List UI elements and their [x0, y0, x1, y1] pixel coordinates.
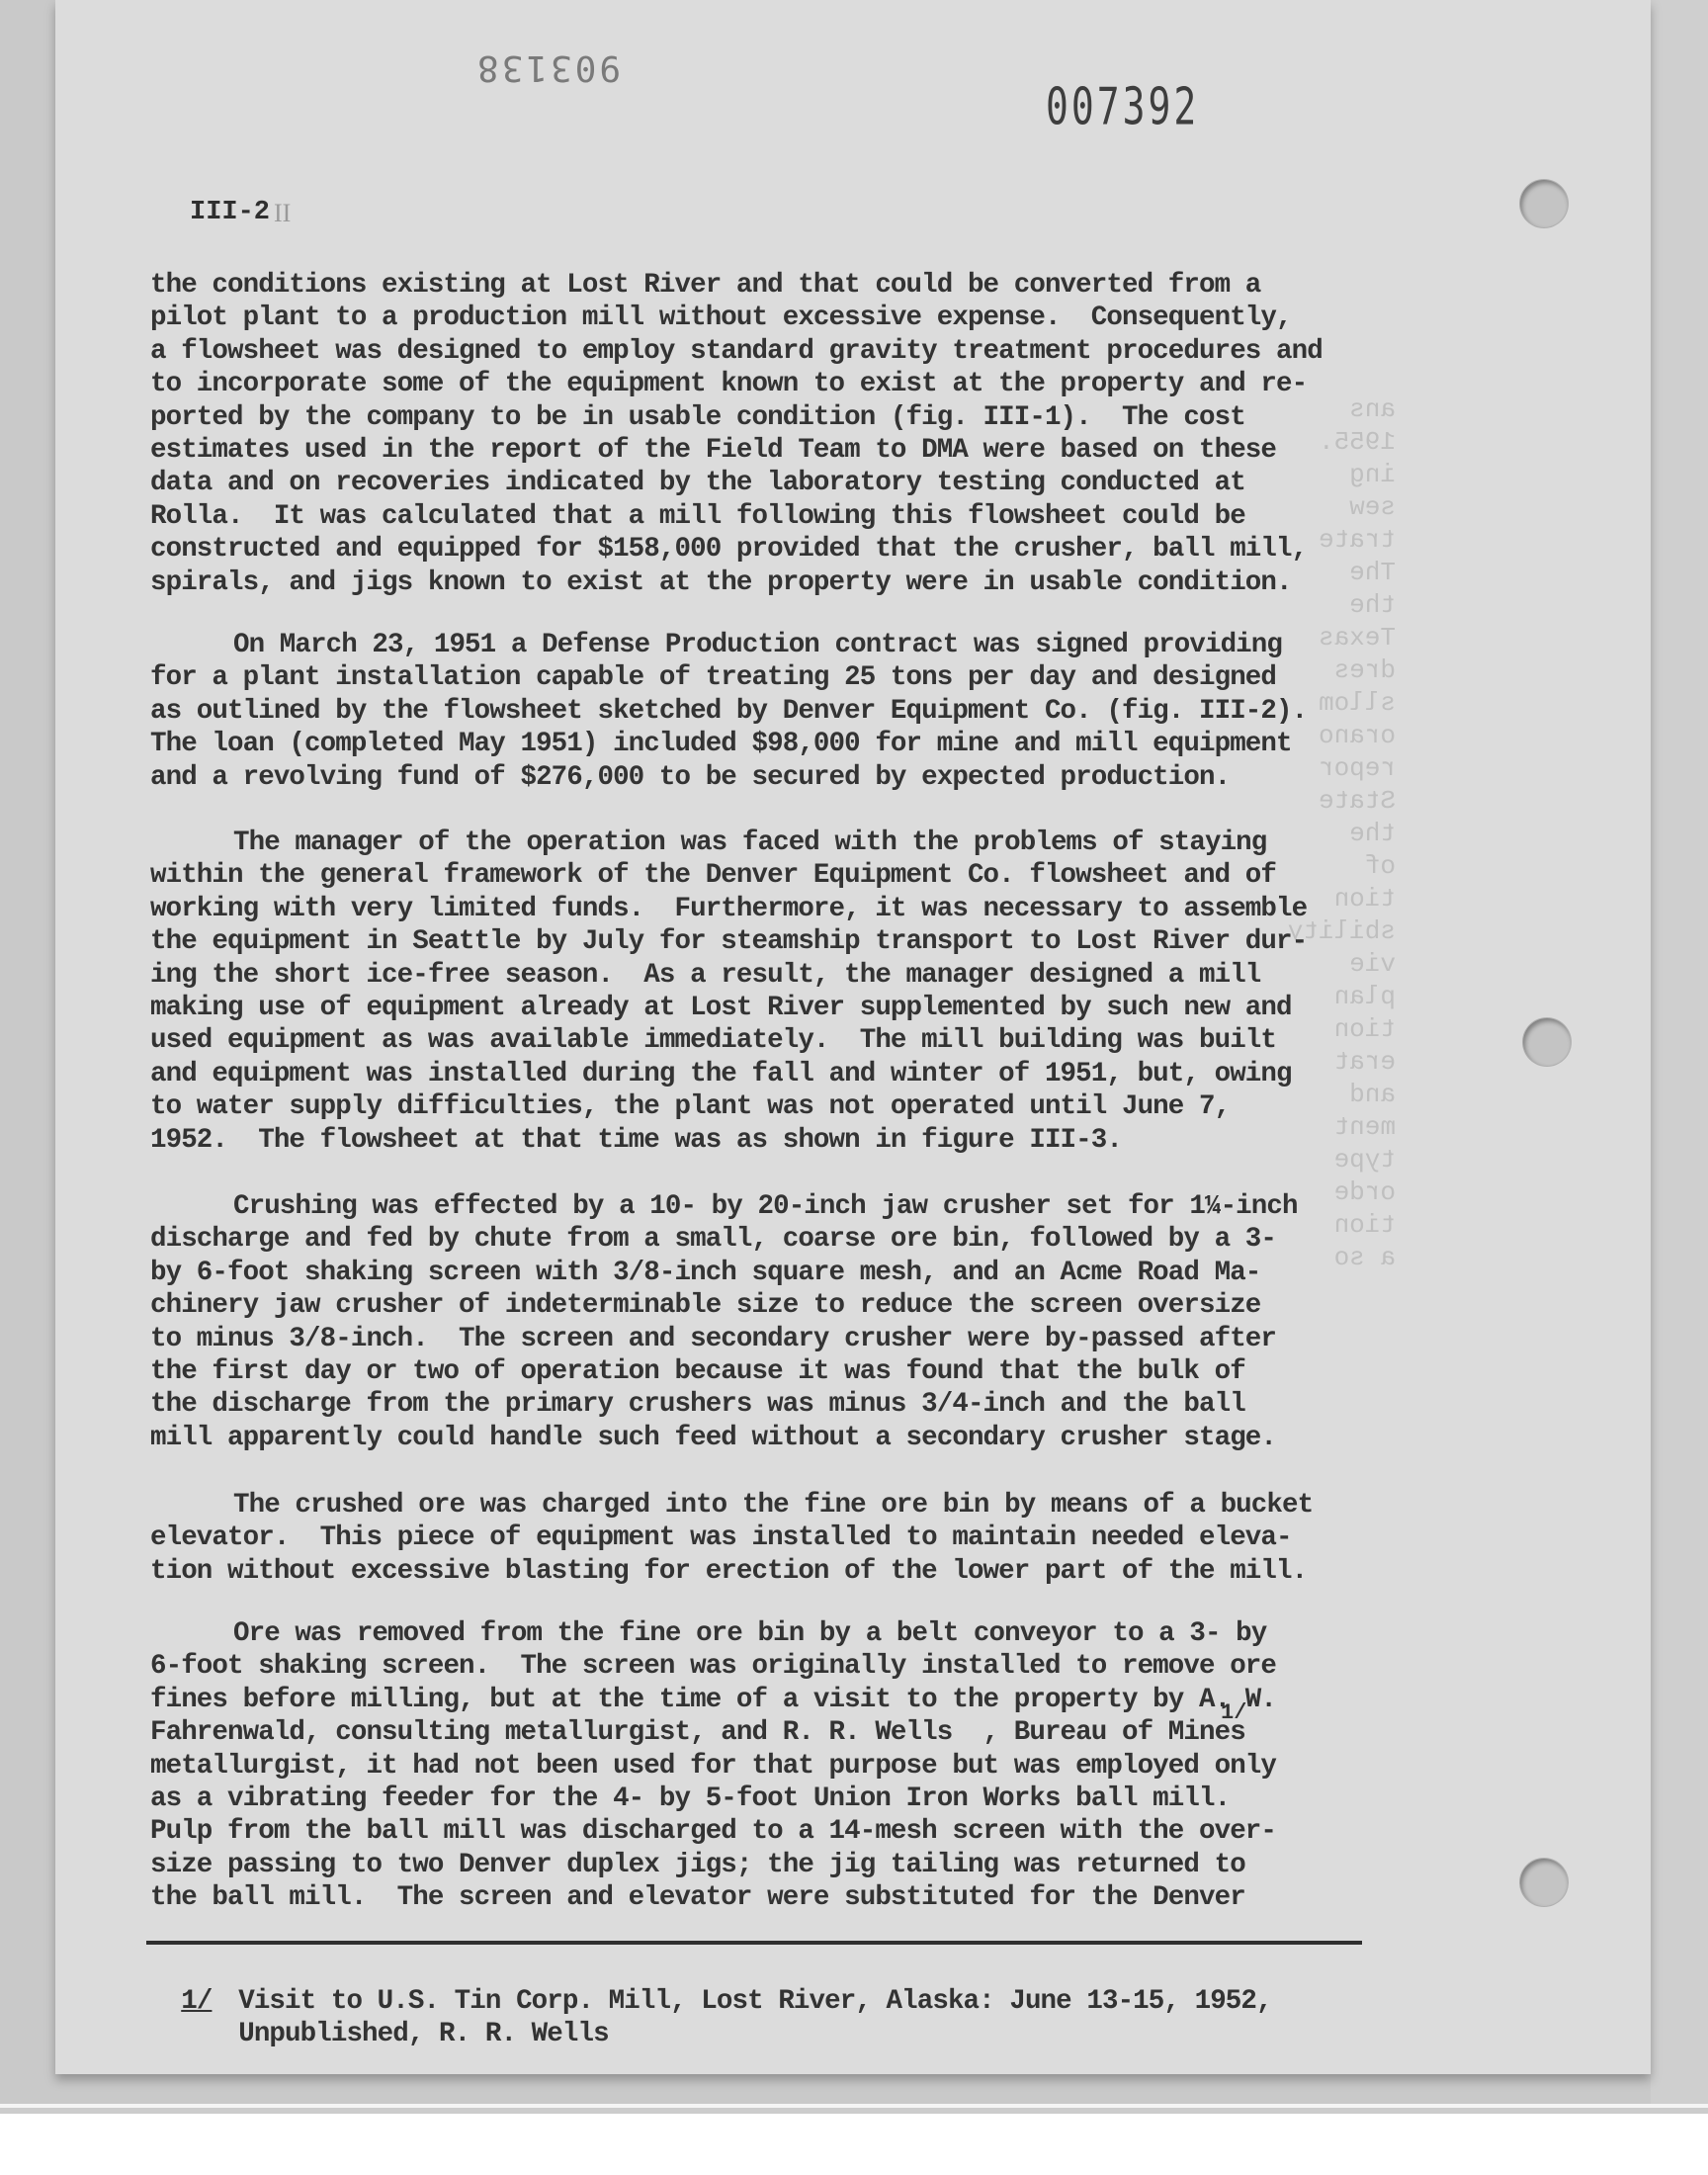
- footnote-line: Visit to U.S. Tin Corp. Mill, Lost River…: [238, 1985, 1271, 2018]
- text-line: used equipment as was available immediat…: [150, 1024, 1406, 1057]
- paragraph-3: The manager of the operation was faced w…: [150, 826, 1406, 1157]
- text-line: as outlined by the flowsheet sketched by…: [150, 695, 1406, 728]
- text-line: working with very limited funds. Further…: [150, 893, 1406, 925]
- text-line: data and on recoveries indicated by the …: [150, 467, 1406, 499]
- text-line: constructed and equipped for $158,000 pr…: [150, 533, 1406, 565]
- footnote-line: Unpublished, R. R. Wells: [238, 2018, 1271, 2050]
- text-line: Ore was removed from the fine ore bin by…: [150, 1617, 1406, 1650]
- text-line: ported by the company to be in usable co…: [150, 401, 1406, 434]
- paragraph-2: On March 23, 1951 a Defense Production c…: [150, 629, 1406, 794]
- paragraph-6: Ore was removed from the fine ore bin by…: [150, 1617, 1406, 1915]
- footnote-marker: 1/: [181, 1985, 238, 2019]
- binder-hole-bottom: [1520, 1859, 1568, 1906]
- text-line: pilot plant to a production mill without…: [150, 302, 1406, 334]
- text-line: On March 23, 1951 a Defense Production c…: [150, 629, 1406, 661]
- ghost-stamp-number: 903138: [474, 47, 621, 88]
- text-line: 6-foot shaking screen. The screen was or…: [150, 1650, 1406, 1683]
- text-line: The loan (completed May 1951) included $…: [150, 728, 1406, 760]
- text-line: 1952. The flowsheet at that time was as …: [150, 1124, 1406, 1157]
- text-line: The crushed ore was charged into the fin…: [150, 1489, 1406, 1522]
- text-line: Pulp from the ball mill was discharged t…: [150, 1815, 1406, 1848]
- text-line: and equipment was installed during the f…: [150, 1058, 1406, 1090]
- footnote-divider: [146, 1941, 1362, 1945]
- text-line: ing the short ice-free season. As a resu…: [150, 959, 1406, 992]
- text-line: to incorporate some of the equipment kno…: [150, 368, 1406, 400]
- adjacent-page-edge: [1651, 0, 1708, 2104]
- text-line: Crushing was effected by a 10- by 20-inc…: [150, 1190, 1406, 1223]
- text-line: the conditions existing at Lost River an…: [150, 269, 1406, 302]
- text-line: within the general framework of the Denv…: [150, 859, 1406, 892]
- text-line: tion without excessive blasting for erec…: [150, 1555, 1406, 1588]
- text-line: The manager of the operation was faced w…: [150, 826, 1406, 859]
- document-stamp-number: 007392: [1046, 77, 1199, 135]
- text-line: Rolla. It was calculated that a mill fol…: [150, 500, 1406, 533]
- text-line: metallurgist, it had not been used for t…: [150, 1750, 1406, 1783]
- paragraph-4: Crushing was effected by a 10- by 20-inc…: [150, 1190, 1406, 1454]
- text-line: size passing to two Denver duplex jigs; …: [150, 1849, 1406, 1881]
- text-line: the equipment in Seattle by July for ste…: [150, 925, 1406, 958]
- page-number: III-2: [190, 198, 270, 227]
- text-line: estimates used in the report of the Fiel…: [150, 434, 1406, 467]
- text-line: Fahrenwald, consulting metallurgist, and…: [150, 1716, 1406, 1749]
- paragraph-5: The crushed ore was charged into the fin…: [150, 1489, 1406, 1588]
- text-line: discharge and fed by chute from a small,…: [150, 1223, 1406, 1256]
- text-line: a flowsheet was designed to employ stand…: [150, 335, 1406, 368]
- text-line: mill apparently could handle such feed w…: [150, 1422, 1406, 1454]
- text-line: as a vibrating feeder for the 4- by 5-fo…: [150, 1783, 1406, 1815]
- text-line: and a revolving fund of $276,000 to be s…: [150, 761, 1406, 794]
- text-line: to minus 3/8-inch. The screen and second…: [150, 1323, 1406, 1355]
- footnote-text: Visit to U.S. Tin Corp. Mill, Lost River…: [238, 1985, 1271, 2051]
- text-line: elevator. This piece of equipment was in…: [150, 1522, 1406, 1554]
- binder-hole-top: [1520, 180, 1568, 227]
- text-line: the first day or two of operation becaus…: [150, 1355, 1406, 1388]
- text-line: the ball mill. The screen and elevator w…: [150, 1881, 1406, 1914]
- scan-edge-strip: [0, 2108, 1708, 2114]
- binder-hole-middle: [1523, 1018, 1571, 1066]
- text-line: for a plant installation capable of trea…: [150, 661, 1406, 694]
- text-line: the discharge from the primary crushers …: [150, 1388, 1406, 1421]
- footnote: 1/Visit to U.S. Tin Corp. Mill, Lost Riv…: [150, 1952, 1272, 2051]
- text-line: by 6-foot shaking screen with 3/8-inch s…: [150, 1257, 1406, 1289]
- footnote-reference: 1/: [1221, 1700, 1246, 1725]
- paragraph-1: the conditions existing at Lost River an…: [150, 269, 1406, 599]
- text-line: making use of equipment already at Lost …: [150, 992, 1406, 1024]
- text-line: chinery jaw crusher of indeterminable si…: [150, 1289, 1406, 1322]
- page-number-ghost: II: [274, 199, 291, 228]
- text-line: spirals, and jigs known to exist at the …: [150, 566, 1406, 599]
- text-line: to water supply difficulties, the plant …: [150, 1090, 1406, 1123]
- text-line: fines before milling, but at the time of…: [150, 1684, 1406, 1716]
